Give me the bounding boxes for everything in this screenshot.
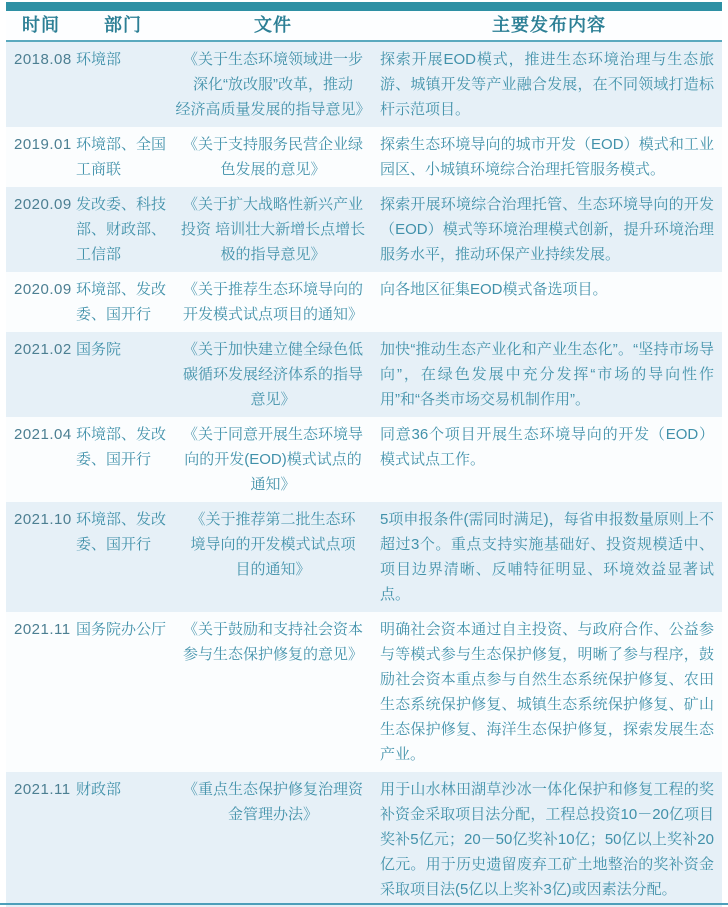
cell-date: 2019.01 — [6, 132, 76, 182]
table-row: 2021.10 环境部、发改 委、国开行 《关于推荐第二批生态环 境导向的开发模… — [6, 502, 722, 612]
cell-content: 5项申报条件(需同时满足)，每省申报数量原则上不超过3个。重点支持实施基础好、投… — [376, 507, 722, 607]
column-header-department: 部门 — [76, 11, 170, 40]
cell-document: 《关于加快建立健全绿色低 碳循环发展经济体系的指导 意见》 — [170, 337, 376, 412]
column-header-content: 主要发布内容 — [376, 11, 722, 40]
cell-date: 2021.02 — [6, 337, 76, 412]
cell-date: 2021.04 — [6, 422, 76, 497]
cell-document: 《关于推荐第二批生态环 境导向的开发模式试点项 目的通知》 — [170, 507, 376, 607]
column-header-document: 文件 — [170, 11, 376, 40]
top-accent-bar — [6, 2, 722, 11]
cell-document: 《重点生态保护修复治理资 金管理办法》 — [170, 777, 376, 902]
table-row: 2021.11 财政部 《重点生态保护修复治理资 金管理办法》 用于山水林田湖草… — [6, 772, 722, 907]
table-row: 2020.09 环境部、发改 委、国开行 《关于推荐生态环境导向的 开发模式试点… — [6, 272, 722, 332]
cell-document: 《关于鼓励和支持社会资本 参与生态保护修复的意见》 — [170, 617, 376, 767]
table-row: 2021.11 国务院办公厅 《关于鼓励和支持社会资本 参与生态保护修复的意见》… — [6, 612, 722, 772]
cell-date: 2021.10 — [6, 507, 76, 607]
cell-document: 《关于推荐生态环境导向的 开发模式试点项目的通知》 — [170, 277, 376, 327]
cell-content: 加快“推动生态产业化和产业生态化”。“坚持市场导向”，在绿色发展中充分发挥“市场… — [376, 337, 722, 412]
cell-department: 发改委、科技 部、财政部、 工信部 — [76, 192, 170, 267]
cell-date: 2021.11 — [6, 777, 76, 902]
cell-department: 国务院办公厅 — [76, 617, 170, 767]
table-row: 2019.01 环境部、全国 工商联 《关于支持服务民营企业绿 色发展的意见》 … — [6, 127, 722, 187]
table-row: 2021.02 国务院 《关于加快建立健全绿色低 碳循环发展经济体系的指导 意见… — [6, 332, 722, 417]
table-header-row: 时间 部门 文件 主要发布内容 — [6, 11, 722, 40]
cell-content: 同意36个项目开展生态环境导向的开发（EOD）模式试点工作。 — [376, 422, 722, 497]
cell-content: 向各地区征集EOD模式备选项目。 — [376, 277, 722, 327]
cell-document: 《关于同意开展生态环境导 向的开发(EOD)模式试点的 通知》 — [170, 422, 376, 497]
cell-document: 《关于扩大战略性新兴产业 投资 培训壮大新增长点增长 极的指导意见》 — [170, 192, 376, 267]
cell-content: 探索生态环境导向的城市开发（EOD）模式和工业园区、小城镇环境综合治理托管服务模… — [376, 132, 722, 182]
cell-department: 国务院 — [76, 337, 170, 412]
cell-date: 2018.08 — [6, 47, 76, 122]
cell-document: 《关于支持服务民营企业绿 色发展的意见》 — [170, 132, 376, 182]
cell-document: 《关于生态环境领域进一步 深化“放改服”改革，推动 经济高质量发展的指导意见》 — [170, 47, 376, 122]
cell-date: 2020.09 — [6, 192, 76, 267]
policy-table-page: 时间 部门 文件 主要发布内容 2018.08 环境部 《关于生态环境领域进一步… — [0, 0, 728, 907]
cell-date: 2020.09 — [6, 277, 76, 327]
cell-date: 2021.11 — [6, 617, 76, 767]
cell-content: 探索开展环境综合治理托管、生态环境导向的开发（EOD）模式等环境治理模式创新，提… — [376, 192, 722, 267]
cell-department: 环境部、发改 委、国开行 — [76, 422, 170, 497]
cell-department: 环境部、发改 委、国开行 — [76, 507, 170, 607]
cell-content: 探索开展EOD模式，推进生态环境治理与生态旅游、城镇开发等产业融合发展，在不同领… — [376, 47, 722, 122]
cell-content: 明确社会资本通过自主投资、与政府合作、公益参与等模式参与生态保护修复，明晰了参与… — [376, 617, 722, 767]
bottom-accent-line — [0, 903, 728, 905]
cell-department: 环境部、发改 委、国开行 — [76, 277, 170, 327]
table-row: 2020.09 发改委、科技 部、财政部、 工信部 《关于扩大战略性新兴产业 投… — [6, 187, 722, 272]
cell-department: 环境部 — [76, 47, 170, 122]
table-row: 2018.08 环境部 《关于生态环境领域进一步 深化“放改服”改革，推动 经济… — [6, 42, 722, 127]
table-row: 2021.04 环境部、发改 委、国开行 《关于同意开展生态环境导 向的开发(E… — [6, 417, 722, 502]
cell-department: 财政部 — [76, 777, 170, 902]
cell-content: 用于山水林田湖草沙冰一体化保护和修复工程的奖补资金采取项目法分配，工程总投资10… — [376, 777, 722, 902]
cell-department: 环境部、全国 工商联 — [76, 132, 170, 182]
column-header-time: 时间 — [6, 11, 76, 40]
